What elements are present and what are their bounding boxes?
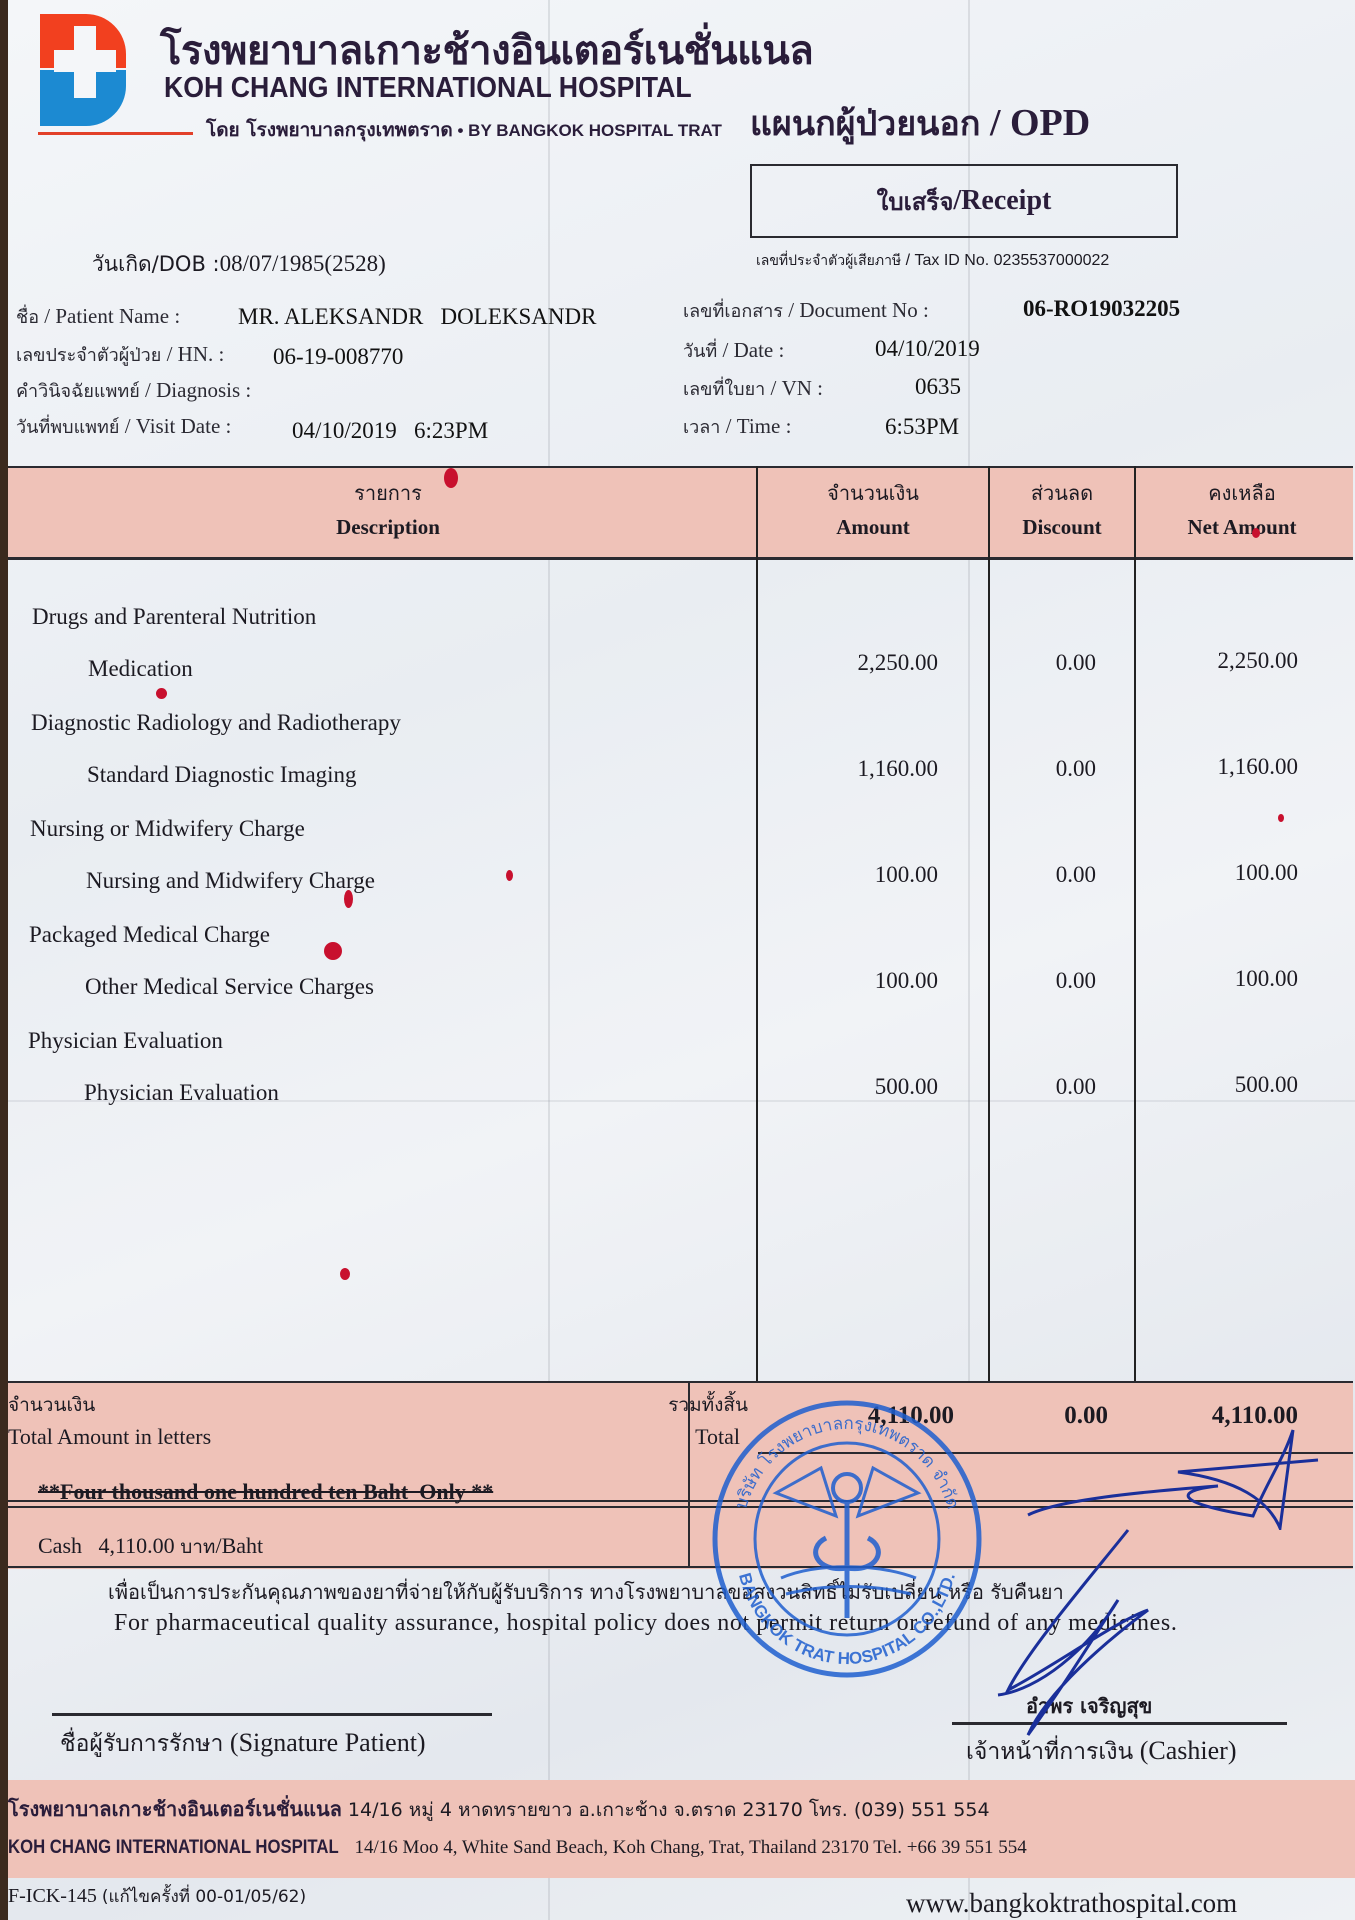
footer-address-line-en: 14/16 Moo 4, White Sand Beach, Koh Chang… — [350, 1837, 1027, 1858]
cashier-name: อำพร เจริญสุข — [1026, 1690, 1152, 1722]
tax-id-value: 0235537000022 — [994, 252, 1110, 269]
row-discount: 0.00 — [998, 756, 1096, 782]
patient-signature-label: ชื่อผู้รับการรักษา (Signature Patient) — [60, 1726, 426, 1762]
receipt-paper: โรงพยาบาลเกาะช้างอินเตอร์เนชั่นแนล KOH C… — [8, 0, 1355, 1920]
row-category: Diagnostic Radiology and Radiotherapy — [31, 710, 401, 736]
row-net-amount: 500.00 — [1148, 1072, 1298, 1098]
visit-date-value: 04/10/2019 6:23PM — [292, 418, 488, 444]
patient-signature-line — [52, 1713, 492, 1716]
totals-bottom-rule — [8, 1566, 1353, 1568]
time-field: เวลา / Time : 6:53PM — [683, 412, 791, 441]
letters-label-en: Total Amount in letters — [8, 1424, 211, 1450]
column-divider — [756, 466, 758, 1506]
row-item: Physician Evaluation — [84, 1080, 279, 1106]
footer-address-en: KOH CHANG INTERNATIONAL HOSPITAL 14/16 M… — [8, 1837, 1027, 1859]
row-amount: 2,250.00 — [768, 650, 938, 676]
receipt-th: ใบเสร็จ — [877, 182, 954, 221]
cashier-signature-th: เจ้าหน้าที่การเงิน — [966, 1739, 1133, 1765]
row-item: Standard Diagnostic Imaging — [87, 762, 357, 788]
header-amount-th: จำนวนเงิน — [758, 476, 988, 510]
footer-address-line-th: 14/16 หมู่ 4 หาดทรายขาว อ.เกาะช้าง จ.ตรา… — [342, 1799, 990, 1821]
receipt-en: /Receipt — [953, 185, 1051, 217]
cash-unit-en: /Baht — [215, 1533, 263, 1558]
header-net-amount: คงเหลือNet Amount — [1136, 476, 1348, 544]
dob-value: 08/07/1985(2528) — [220, 251, 386, 276]
website-link[interactable]: www.bangkoktrathospital.com — [906, 1888, 1237, 1919]
footer-hospital-en: KOH CHANG INTERNATIONAL HOSPITAL — [8, 1837, 339, 1859]
total-discount: 0.00 — [998, 1402, 1108, 1430]
row-amount: 100.00 — [768, 968, 938, 994]
hn-value: 06-19-008770 — [273, 344, 403, 370]
tax-id-label-en: / Tax ID No. — [901, 252, 993, 269]
footer-address-th: โรงพยาบาลเกาะช้างอินเตอร์เนชั่นแนล 14/16… — [8, 1793, 990, 1825]
header-description-en: Description — [336, 515, 440, 539]
doc-no-label-th: เลขที่เอกสาร — [683, 301, 783, 322]
total-net-amount: 4,110.00 — [1148, 1402, 1298, 1430]
vn-label-th: เลขที่ใบยา — [683, 379, 765, 400]
stain — [324, 942, 342, 960]
stain — [344, 890, 353, 908]
diagnosis-field: คำวินิจฉัยแพทย์ / Diagnosis : — [16, 376, 251, 405]
header-amount: จำนวนเงินAmount — [758, 476, 988, 544]
visit-date-field: วันที่พบแพทย์ / Visit Date : 04/10/2019 … — [16, 412, 231, 441]
vn-label-en: / VN : — [765, 376, 823, 400]
patient-name-field: ชื่อ / Patient Name : MR. ALEKSANDR DOLE… — [16, 302, 180, 331]
visit-label-en: / Visit Date : — [119, 414, 231, 438]
row-item: Other Medical Service Charges — [85, 974, 374, 1000]
header-net-amount-th: คงเหลือ — [1136, 476, 1348, 510]
logo-underline — [38, 132, 193, 135]
header-description-th: รายการ — [208, 476, 568, 510]
footer-hospital-th: โรงพยาบาลเกาะช้างอินเตอร์เนชั่นแนล — [8, 1797, 342, 1821]
totals-rule — [8, 1506, 1353, 1508]
stain — [506, 870, 513, 881]
date-label-en: / Date : — [717, 338, 784, 362]
form-revision: (แก้ไขครั้งที่ 00-01/05/62) — [102, 1887, 306, 1907]
time-label-th: เวลา — [683, 417, 720, 438]
stain — [1278, 814, 1284, 822]
patient-name-value: MR. ALEKSANDR DOLEKSANDR — [238, 304, 596, 330]
row-discount: 0.00 — [998, 862, 1096, 888]
stain — [1252, 528, 1260, 538]
row-item: Medication — [88, 656, 193, 682]
row-category: Drugs and Parenteral Nutrition — [32, 604, 316, 630]
department-en: / OPD — [980, 102, 1090, 144]
cashier-signature-label: เจ้าหน้าที่การเงิน (Cashier) — [966, 1734, 1236, 1770]
row-category: Packaged Medical Charge — [29, 922, 270, 948]
row-net-amount: 100.00 — [1148, 860, 1298, 886]
row-discount: 0.00 — [998, 1074, 1096, 1100]
row-net-amount: 100.00 — [1148, 966, 1298, 992]
row-amount: 1,160.00 — [768, 756, 938, 782]
row-discount: 0.00 — [998, 650, 1096, 676]
stain — [340, 1268, 350, 1280]
hospital-name-en: KOH CHANG INTERNATIONAL HOSPITAL — [164, 72, 692, 105]
form-no: F-ICK-145 — [8, 1885, 102, 1907]
hn-label-en: / HN. : — [161, 342, 224, 366]
hospital-by-line: โดย โรงพยาบาลกรุงเทพตราด • BY BANGKOK HO… — [206, 115, 722, 145]
tax-id: เลขที่ประจำตัวผู้เสียภาษี / Tax ID No. 0… — [756, 250, 1109, 272]
cashier-signature-line — [952, 1722, 1287, 1725]
date-value: 04/10/2019 — [875, 336, 980, 362]
document-no-field: เลขที่เอกสาร / Document No : 06-RO190322… — [683, 296, 929, 325]
hospital-logo-icon — [30, 12, 140, 122]
cashier-signature-en: (Cashier) — [1133, 1736, 1236, 1765]
time-value: 6:53PM — [885, 414, 959, 440]
totals-top-rule — [8, 1381, 1353, 1383]
form-number: F-ICK-145 (แก้ไขครั้งที่ 00-01/05/62) — [8, 1883, 306, 1910]
dob-label: วันเกิด/DOB : — [92, 252, 220, 276]
row-net-amount: 1,160.00 — [1148, 754, 1298, 780]
header-description: รายการDescription — [208, 476, 568, 544]
department-title: แผนกผู้ป่วยนอก / OPD — [750, 96, 1090, 150]
by-line-en: • BY BANGKOK HOSPITAL TRAT — [458, 121, 722, 140]
patient-name-label-en: / Patient Name : — [39, 304, 180, 328]
doc-no-value: 06-RO19032205 — [1023, 296, 1180, 322]
vn-field: เลขที่ใบยา / VN : 0635 — [683, 374, 823, 403]
dob-field: วันเกิด/DOB :08/07/1985(2528) — [92, 248, 386, 281]
header-net-amount-en: Net Amount — [1187, 515, 1296, 539]
row-category: Physician Evaluation — [28, 1028, 223, 1054]
policy-text-en: For pharmaceutical quality assurance, ho… — [114, 1610, 1177, 1637]
cash-amount: 4,110.00 — [99, 1533, 175, 1558]
hn-field: เลขประจำตัวผู้ป่วย / HN. : 06-19-008770 — [16, 340, 224, 369]
row-item: Nursing and Midwifery Charge — [86, 868, 375, 894]
row-category: Nursing or Midwifery Charge — [30, 816, 305, 842]
department-th: แผนกผู้ป่วยนอก — [750, 104, 980, 144]
letters-label: จำนวนเงิน Total Amount in letters — [8, 1390, 211, 1450]
cash-payment: Cash 4,110.00 บาท/Baht — [38, 1532, 263, 1562]
amount-in-letters: **Four thousand one hundred ten Baht Onl… — [38, 1479, 493, 1505]
visit-label-th: วันที่พบแพทย์ — [16, 417, 119, 438]
patient-name-label-th: ชื่อ — [16, 307, 39, 328]
date-field: วันที่ / Date : 04/10/2019 — [683, 336, 784, 365]
stain — [444, 468, 458, 488]
receipt-title-box: ใบเสร็จ/Receipt — [750, 164, 1178, 238]
row-amount: 100.00 — [768, 862, 938, 888]
vn-value: 0635 — [915, 374, 961, 400]
column-divider — [1134, 466, 1136, 1506]
doc-no-label-en: / Document No : — [783, 298, 929, 322]
header-amount-en: Amount — [836, 515, 910, 539]
date-label-th: วันที่ — [683, 341, 717, 362]
row-amount: 500.00 — [768, 1074, 938, 1100]
row-discount: 0.00 — [998, 968, 1096, 994]
header-discount-en: Discount — [1022, 515, 1101, 539]
stain — [156, 688, 167, 699]
tax-id-label-th: เลขที่ประจำตัวผู้เสียภาษี — [756, 253, 901, 269]
column-divider — [988, 466, 990, 1506]
row-net-amount: 2,250.00 — [1148, 648, 1298, 674]
diagnosis-label-en: / Diagnosis : — [140, 378, 251, 402]
hn-label-th: เลขประจำตัวผู้ป่วย — [16, 345, 161, 366]
patient-signature-th: ชื่อผู้รับการรักษา — [60, 1731, 223, 1757]
cash-label: Cash — [38, 1533, 82, 1558]
hospital-stamp-icon: บริษัท โรงพยาบาลกรุงเทพตราด จำกัด BANGKO… — [706, 1398, 988, 1680]
diagnosis-label-th: คำวินิจฉัยแพทย์ — [16, 381, 140, 402]
time-label-en: / Time : — [720, 414, 791, 438]
letters-label-th: จำนวนเงิน — [8, 1390, 211, 1420]
header-discount: ส่วนลดDiscount — [990, 476, 1134, 544]
by-line-th: โดย โรงพยาบาลกรุงเทพตราด — [206, 119, 453, 141]
patient-signature-en: (Signature Patient) — [223, 1728, 425, 1757]
cash-unit-th: บาท — [180, 1536, 215, 1558]
header-discount-th: ส่วนลด — [990, 476, 1134, 510]
